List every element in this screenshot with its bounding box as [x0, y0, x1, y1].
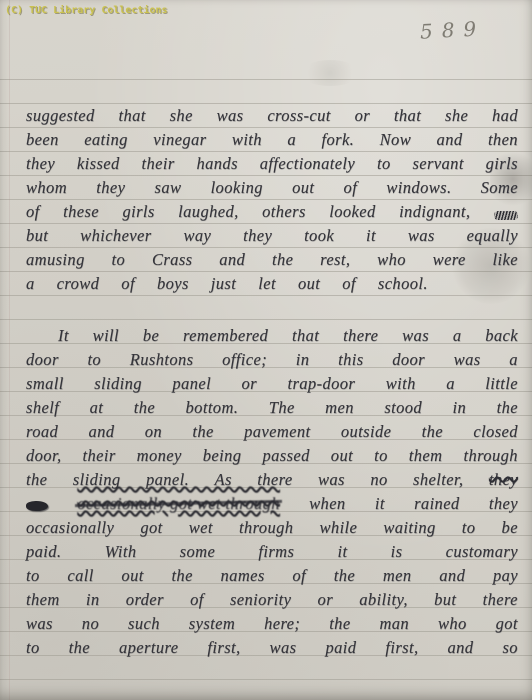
word: they	[26, 154, 55, 174]
word: crowd	[57, 274, 100, 294]
word: As	[215, 470, 232, 490]
paragraph: Itwillberememberedthattherewasabackdoort…	[26, 324, 518, 660]
word: out	[121, 566, 143, 586]
word: she	[170, 106, 193, 126]
manuscript-line: paid.Withsomefirmsitiscustomary	[26, 540, 518, 564]
manuscript-line: occasionally got wet throughwhenitrained…	[26, 492, 518, 516]
word: out	[298, 274, 320, 294]
word: their	[141, 154, 174, 174]
left-margin-rule	[9, 0, 10, 700]
word: she	[445, 106, 468, 126]
word: occasionally	[26, 518, 114, 538]
word: a	[446, 374, 455, 394]
word: looking	[211, 178, 263, 198]
word: closed	[473, 422, 518, 442]
word: servant	[412, 154, 463, 174]
word: will	[93, 326, 119, 346]
word: Rushtons	[130, 350, 194, 370]
word: to	[26, 638, 40, 658]
manuscript-line: tocalloutthenamesofthemenandpay	[26, 564, 518, 588]
word: it	[366, 226, 376, 246]
word: Crass	[152, 250, 193, 270]
word: in	[296, 350, 310, 370]
word: hands	[196, 154, 237, 174]
word: windows.	[386, 178, 451, 198]
word: ability,	[359, 590, 408, 610]
word: while	[320, 518, 358, 538]
word: little	[485, 374, 518, 394]
word: was	[408, 226, 435, 246]
manuscript-line: suggestedthatshewascross-cutorthatshehad	[26, 104, 518, 128]
word: who	[377, 250, 406, 270]
struck-out-word: they	[489, 470, 518, 490]
word: whom	[26, 178, 67, 198]
word: of	[26, 202, 40, 222]
word: aperture	[119, 638, 178, 658]
word: pavement	[244, 422, 310, 442]
word: was	[454, 350, 481, 370]
word: names	[221, 566, 265, 586]
word: they	[243, 226, 272, 246]
word: back	[485, 326, 518, 346]
word: boys	[157, 274, 189, 294]
word: of	[121, 274, 135, 294]
word: shelter,	[413, 470, 463, 490]
paper-stain	[300, 60, 360, 86]
manuscript-line: acrowdofboysjustletoutofschool.	[26, 272, 518, 296]
word: a	[287, 130, 296, 150]
word: The	[269, 398, 295, 418]
word: suggested	[26, 106, 95, 126]
word: a	[26, 274, 35, 294]
word: who	[438, 614, 467, 634]
word: was	[318, 470, 345, 490]
word: the	[69, 638, 90, 658]
manuscript-line: smallslidingpanelortrap-doorwithalittle	[26, 372, 518, 396]
word: there	[343, 326, 378, 346]
word: amusing	[26, 250, 85, 270]
word: no	[82, 614, 99, 634]
word: school.	[378, 274, 428, 294]
word: at	[90, 398, 104, 418]
word: order	[126, 590, 164, 610]
word: is	[391, 542, 403, 562]
word: they	[96, 178, 125, 198]
word: affectionately	[260, 154, 355, 174]
word: eating	[84, 130, 128, 150]
manuscript-line: ofthesegirlslaughed,otherslookedindignan…	[26, 200, 518, 224]
word: panel	[172, 374, 211, 394]
word: on	[145, 422, 162, 442]
word: money	[137, 446, 182, 466]
word: call	[67, 566, 93, 586]
word: kissed	[77, 154, 120, 174]
word: these	[63, 202, 99, 222]
word: got	[140, 518, 162, 538]
word: Some	[481, 178, 518, 198]
word: out	[292, 178, 314, 198]
word: be	[143, 326, 159, 346]
word: there	[257, 470, 292, 490]
manuscript-line: theslidingpanel.Astherewasnoshelter,they	[26, 468, 518, 492]
manuscript-line: wasnosuchsystemhere;themanwhogot	[26, 612, 518, 636]
manuscript-line: beeneatingvinegarwithafork.Nowandthen	[26, 128, 518, 152]
word: outside	[341, 422, 391, 442]
word: had	[492, 106, 518, 126]
word: took	[304, 226, 334, 246]
manuscript-line: shelfatthebottom.Themenstoodinthe	[26, 396, 518, 420]
word: others	[262, 202, 306, 222]
paragraph: suggestedthatshewascross-cutorthatshehad…	[26, 104, 518, 296]
word: system	[189, 614, 235, 634]
word: through	[239, 518, 293, 538]
word: this	[338, 350, 363, 370]
manuscript-line: totheaperturefirst,waspaidfirst,andso	[26, 636, 518, 660]
word: out	[331, 446, 353, 466]
word: them	[409, 446, 443, 466]
word: first,	[385, 638, 418, 658]
page-number: 589	[419, 16, 485, 43]
obliterated-text: occasionally got wet through	[77, 494, 280, 514]
word: no	[370, 470, 387, 490]
word: Now	[380, 130, 411, 150]
word: fork.	[321, 130, 354, 150]
manuscript-line: theykissedtheirhandsaffectionatelytoserv…	[26, 152, 518, 176]
word: to	[377, 154, 391, 174]
word: and	[437, 130, 463, 150]
word: whichever	[80, 226, 151, 246]
word: laughed,	[178, 202, 238, 222]
word: was	[26, 614, 53, 634]
word: paid	[325, 638, 356, 658]
word: being	[203, 446, 242, 466]
word: the	[134, 398, 155, 418]
word: were	[433, 250, 466, 270]
ink-blot	[26, 501, 48, 511]
word: just	[211, 274, 236, 294]
word: or	[355, 106, 370, 126]
word: of	[190, 590, 204, 610]
word: a	[509, 350, 518, 370]
word: trap-door	[287, 374, 355, 394]
word: to	[87, 350, 101, 370]
word: them	[26, 590, 60, 610]
word: the	[497, 398, 518, 418]
word: and	[439, 566, 465, 586]
word: small	[26, 374, 64, 394]
word: to	[112, 250, 126, 270]
manuscript: suggestedthatshewascross-cutorthatshehad…	[26, 104, 518, 688]
word: they	[489, 494, 518, 514]
word: or	[318, 590, 333, 610]
word: panel.	[146, 470, 189, 490]
word: then	[488, 130, 518, 150]
word: through	[463, 446, 517, 466]
word: be	[502, 518, 518, 538]
manuscript-line: Itwillberememberedthattherewasaback	[26, 324, 518, 348]
word: the	[192, 422, 213, 442]
word: got	[496, 614, 518, 634]
word: way	[183, 226, 211, 246]
word: that	[119, 106, 146, 126]
word: cross-cut	[267, 106, 330, 126]
word: men	[325, 398, 354, 418]
manuscript-line: occasionallygotwetthroughwhilewaitingtob…	[26, 516, 518, 540]
word: with	[386, 374, 416, 394]
word: and	[89, 422, 115, 442]
word: the	[334, 566, 355, 586]
manuscript-line: butwhicheverwaytheytookitwasequally	[26, 224, 518, 248]
word: was	[402, 326, 429, 346]
word: indignant,	[399, 202, 470, 222]
word: that	[292, 326, 319, 346]
word: of	[342, 274, 356, 294]
scribble-mark	[494, 211, 518, 220]
word: and	[219, 250, 245, 270]
manuscript-line: theminorderofseniorityorability,butthere	[26, 588, 518, 612]
word: the	[329, 614, 350, 634]
word: some	[180, 542, 216, 562]
word: here;	[264, 614, 300, 634]
word: that	[394, 106, 421, 126]
manuscript-line: doortoRushtonsoffice;inthisdoorwasa	[26, 348, 518, 372]
word: door	[392, 350, 425, 370]
word: It	[58, 326, 69, 346]
word: to	[26, 566, 40, 586]
word: first,	[207, 638, 240, 658]
word: but	[26, 226, 48, 246]
word: man	[379, 614, 409, 634]
word: and	[448, 638, 474, 658]
word: a	[453, 326, 462, 346]
scanned-manuscript-page: (C) TUC Library Collections 589 suggeste…	[0, 0, 532, 700]
manuscript-line: amusingtoCrassandtherest,whowerelike	[26, 248, 518, 272]
word: remembered	[183, 326, 268, 346]
word: in	[86, 590, 100, 610]
word: vinegar	[153, 130, 206, 150]
word: shelf	[26, 398, 59, 418]
word: with	[232, 130, 262, 150]
word: men	[383, 566, 412, 586]
word: let	[258, 274, 276, 294]
word: stood	[384, 398, 422, 418]
word: passed	[262, 446, 309, 466]
word: looked	[329, 202, 375, 222]
word: wet	[189, 518, 213, 538]
manuscript-line: door,theirmoneybeingpassedouttothemthrou…	[26, 444, 518, 468]
word: With	[105, 542, 137, 562]
word: such	[128, 614, 160, 634]
word: to	[374, 446, 388, 466]
word: it	[375, 494, 385, 514]
word: of	[344, 178, 358, 198]
word: equally	[467, 226, 518, 246]
word: the	[171, 566, 192, 586]
word: their	[82, 446, 115, 466]
word: was	[217, 106, 244, 126]
word: waiting	[383, 518, 435, 538]
word: of	[292, 566, 306, 586]
word: in	[453, 398, 467, 418]
word: sliding	[73, 470, 121, 490]
collection-watermark: (C) TUC Library Collections	[5, 5, 168, 16]
word: or	[242, 374, 257, 394]
word: was	[270, 638, 297, 658]
word: like	[493, 250, 518, 270]
word: road	[26, 422, 58, 442]
word: girls	[486, 154, 518, 174]
word: paid.	[26, 542, 61, 562]
word: the	[422, 422, 443, 442]
word: but	[434, 590, 456, 610]
word: door,	[26, 446, 61, 466]
word: to	[462, 518, 476, 538]
word: the	[272, 250, 293, 270]
manuscript-line: whomtheysawlookingoutofwindows.Some	[26, 176, 518, 200]
word: pay	[493, 566, 518, 586]
word: the	[26, 470, 47, 490]
word: been	[26, 130, 59, 150]
word: girls	[122, 202, 154, 222]
word: saw	[155, 178, 182, 198]
manuscript-line: roadandonthepavementoutsidetheclosed	[26, 420, 518, 444]
word: office;	[222, 350, 267, 370]
word: customary	[446, 542, 518, 562]
word: there	[483, 590, 518, 610]
word: rest,	[320, 250, 350, 270]
word: so	[502, 638, 517, 658]
word: it	[337, 542, 347, 562]
word: firms	[258, 542, 294, 562]
word: rained	[414, 494, 459, 514]
word: bottom.	[186, 398, 239, 418]
word: door	[26, 350, 59, 370]
word: when	[309, 494, 345, 514]
word: seniority	[230, 590, 291, 610]
word: sliding	[94, 374, 142, 394]
